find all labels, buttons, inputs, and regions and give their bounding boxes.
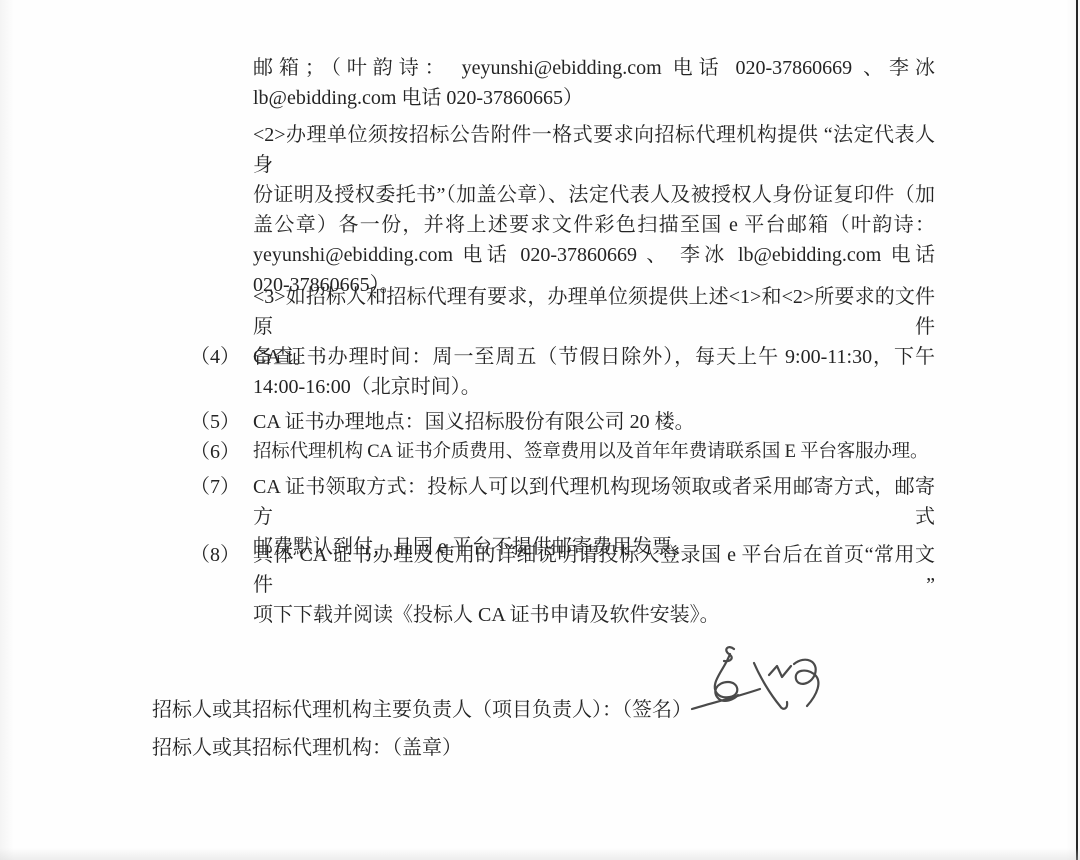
- document-line: 邮箱；（叶韵诗： yeyunshi@ebidding.com 电话 020-37…: [253, 53, 935, 83]
- document-line: yeyunshi@ebidding.com 电话 020-37860669 、 …: [253, 240, 935, 270]
- document-page: 邮箱；（叶韵诗： yeyunshi@ebidding.com 电话 020-37…: [0, 0, 1080, 860]
- signature-ink-icon: [686, 637, 836, 717]
- paragraph-sub2: <2>办理单位须按招标公告附件一格式要求向招标代理机构提供 “法定代表人身 份证…: [253, 120, 935, 300]
- list-item-8: （8） 具体 CA 证书办理及使用的详细说明请投标人登录国 e 平台后在首页“常…: [253, 540, 935, 630]
- paragraph-email-contact: 邮箱；（叶韵诗： yeyunshi@ebidding.com 电话 020-37…: [253, 53, 935, 113]
- item-8-marker: （8）: [190, 540, 252, 570]
- list-item-5: （5） CA 证书办理地点：国义招标股份有限公司 20 楼。: [253, 407, 935, 437]
- document-line: CA 证书办理地点：国义招标股份有限公司 20 楼。: [253, 407, 935, 437]
- document-line: lb@ebidding.com 电话 020-37860665）: [253, 83, 935, 113]
- handwritten-signature: [686, 637, 836, 717]
- page-edge-line: [1076, 0, 1078, 860]
- list-item-4: （4） CA 证书办理时间：周一至周五（节假日除外），每天上午 9:00-11:…: [253, 342, 935, 402]
- document-line: 盖公章）各一份，并将上述要求文件彩色扫描至国 e 平台邮箱（叶韵诗：: [253, 210, 935, 240]
- footer-responsible-line: 招标人或其招标代理机构主要负责人（项目负责人）：（签名）: [152, 695, 692, 725]
- list-item-6: （6） 招标代理机构 CA 证书介质费用、签章费用以及首年年费请联系国 E 平台…: [253, 437, 935, 467]
- item-6-marker: （6）: [190, 437, 252, 467]
- footer-org-line: 招标人或其招标代理机构：（盖章）: [152, 733, 462, 763]
- item-4-marker: （4）: [190, 342, 252, 372]
- item-7-marker: （7）: [190, 472, 252, 502]
- document-line: 具体 CA 证书办理及使用的详细说明请投标人登录国 e 平台后在首页“常用文件”: [253, 540, 935, 600]
- document-line: CA 证书领取方式：投标人可以到代理机构现场领取或者采用邮寄方式，邮寄方式: [253, 472, 935, 532]
- document-line: 份证明及授权委托书”（加盖公章）、法定代表人及被授权人身份证复印件（加: [253, 180, 935, 210]
- document-line: <3>如招标人和招标代理有要求，办理单位须提供上述<1>和<2>所要求的文件原件: [253, 282, 935, 342]
- page-bottom-shadow: [0, 848, 1080, 860]
- document-line: CA 证书办理时间：周一至周五（节假日除外），每天上午 9:00-11:30，下…: [253, 342, 935, 372]
- document-line: 招标代理机构 CA 证书介质费用、签章费用以及首年年费请联系国 E 平台客服办理…: [253, 437, 935, 467]
- item-5-marker: （5）: [190, 407, 252, 437]
- document-line: 14:00-16:00（北京时间）。: [253, 372, 935, 402]
- document-line: <2>办理单位须按招标公告附件一格式要求向招标代理机构提供 “法定代表人身: [253, 120, 935, 180]
- document-line: 项下下载并阅读《投标人 CA 证书申请及软件安装》。: [253, 600, 935, 630]
